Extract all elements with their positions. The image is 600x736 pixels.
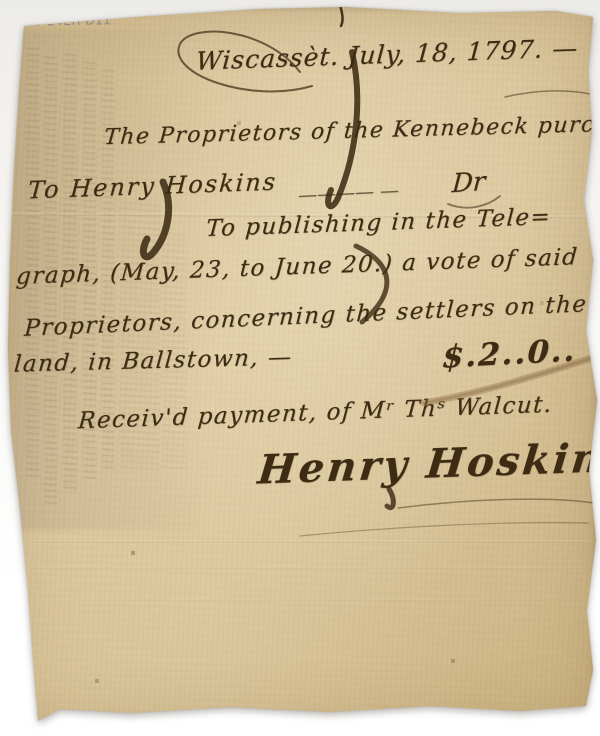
debit-abbrev-text: Dr: [451, 167, 486, 200]
foxing-specks: [0, 0, 2, 2]
paper-edge-bottom: [0, 723, 600, 736]
pencil-archive-note: 60-24EH D11: [26, 13, 112, 28]
manuscript-paper: 60-24EH D11 Wiscassèt. July, 18, 1797. —…: [0, 0, 600, 736]
fold-crease: [30, 566, 590, 569]
scanned-manuscript-page: { "page": { "paper_color": "#d9c396", "i…: [0, 0, 600, 736]
paper-shadow-wrapper: 60-24EH D11 Wiscassèt. July, 18, 1797. —…: [0, 0, 600, 736]
amount-text: $.2..0..: [441, 332, 577, 375]
fold-crease: [30, 540, 590, 543]
paper-edge-top: [0, 0, 600, 13]
fold-crease: [60, 598, 540, 601]
paper-edge-right: [589, 0, 600, 736]
